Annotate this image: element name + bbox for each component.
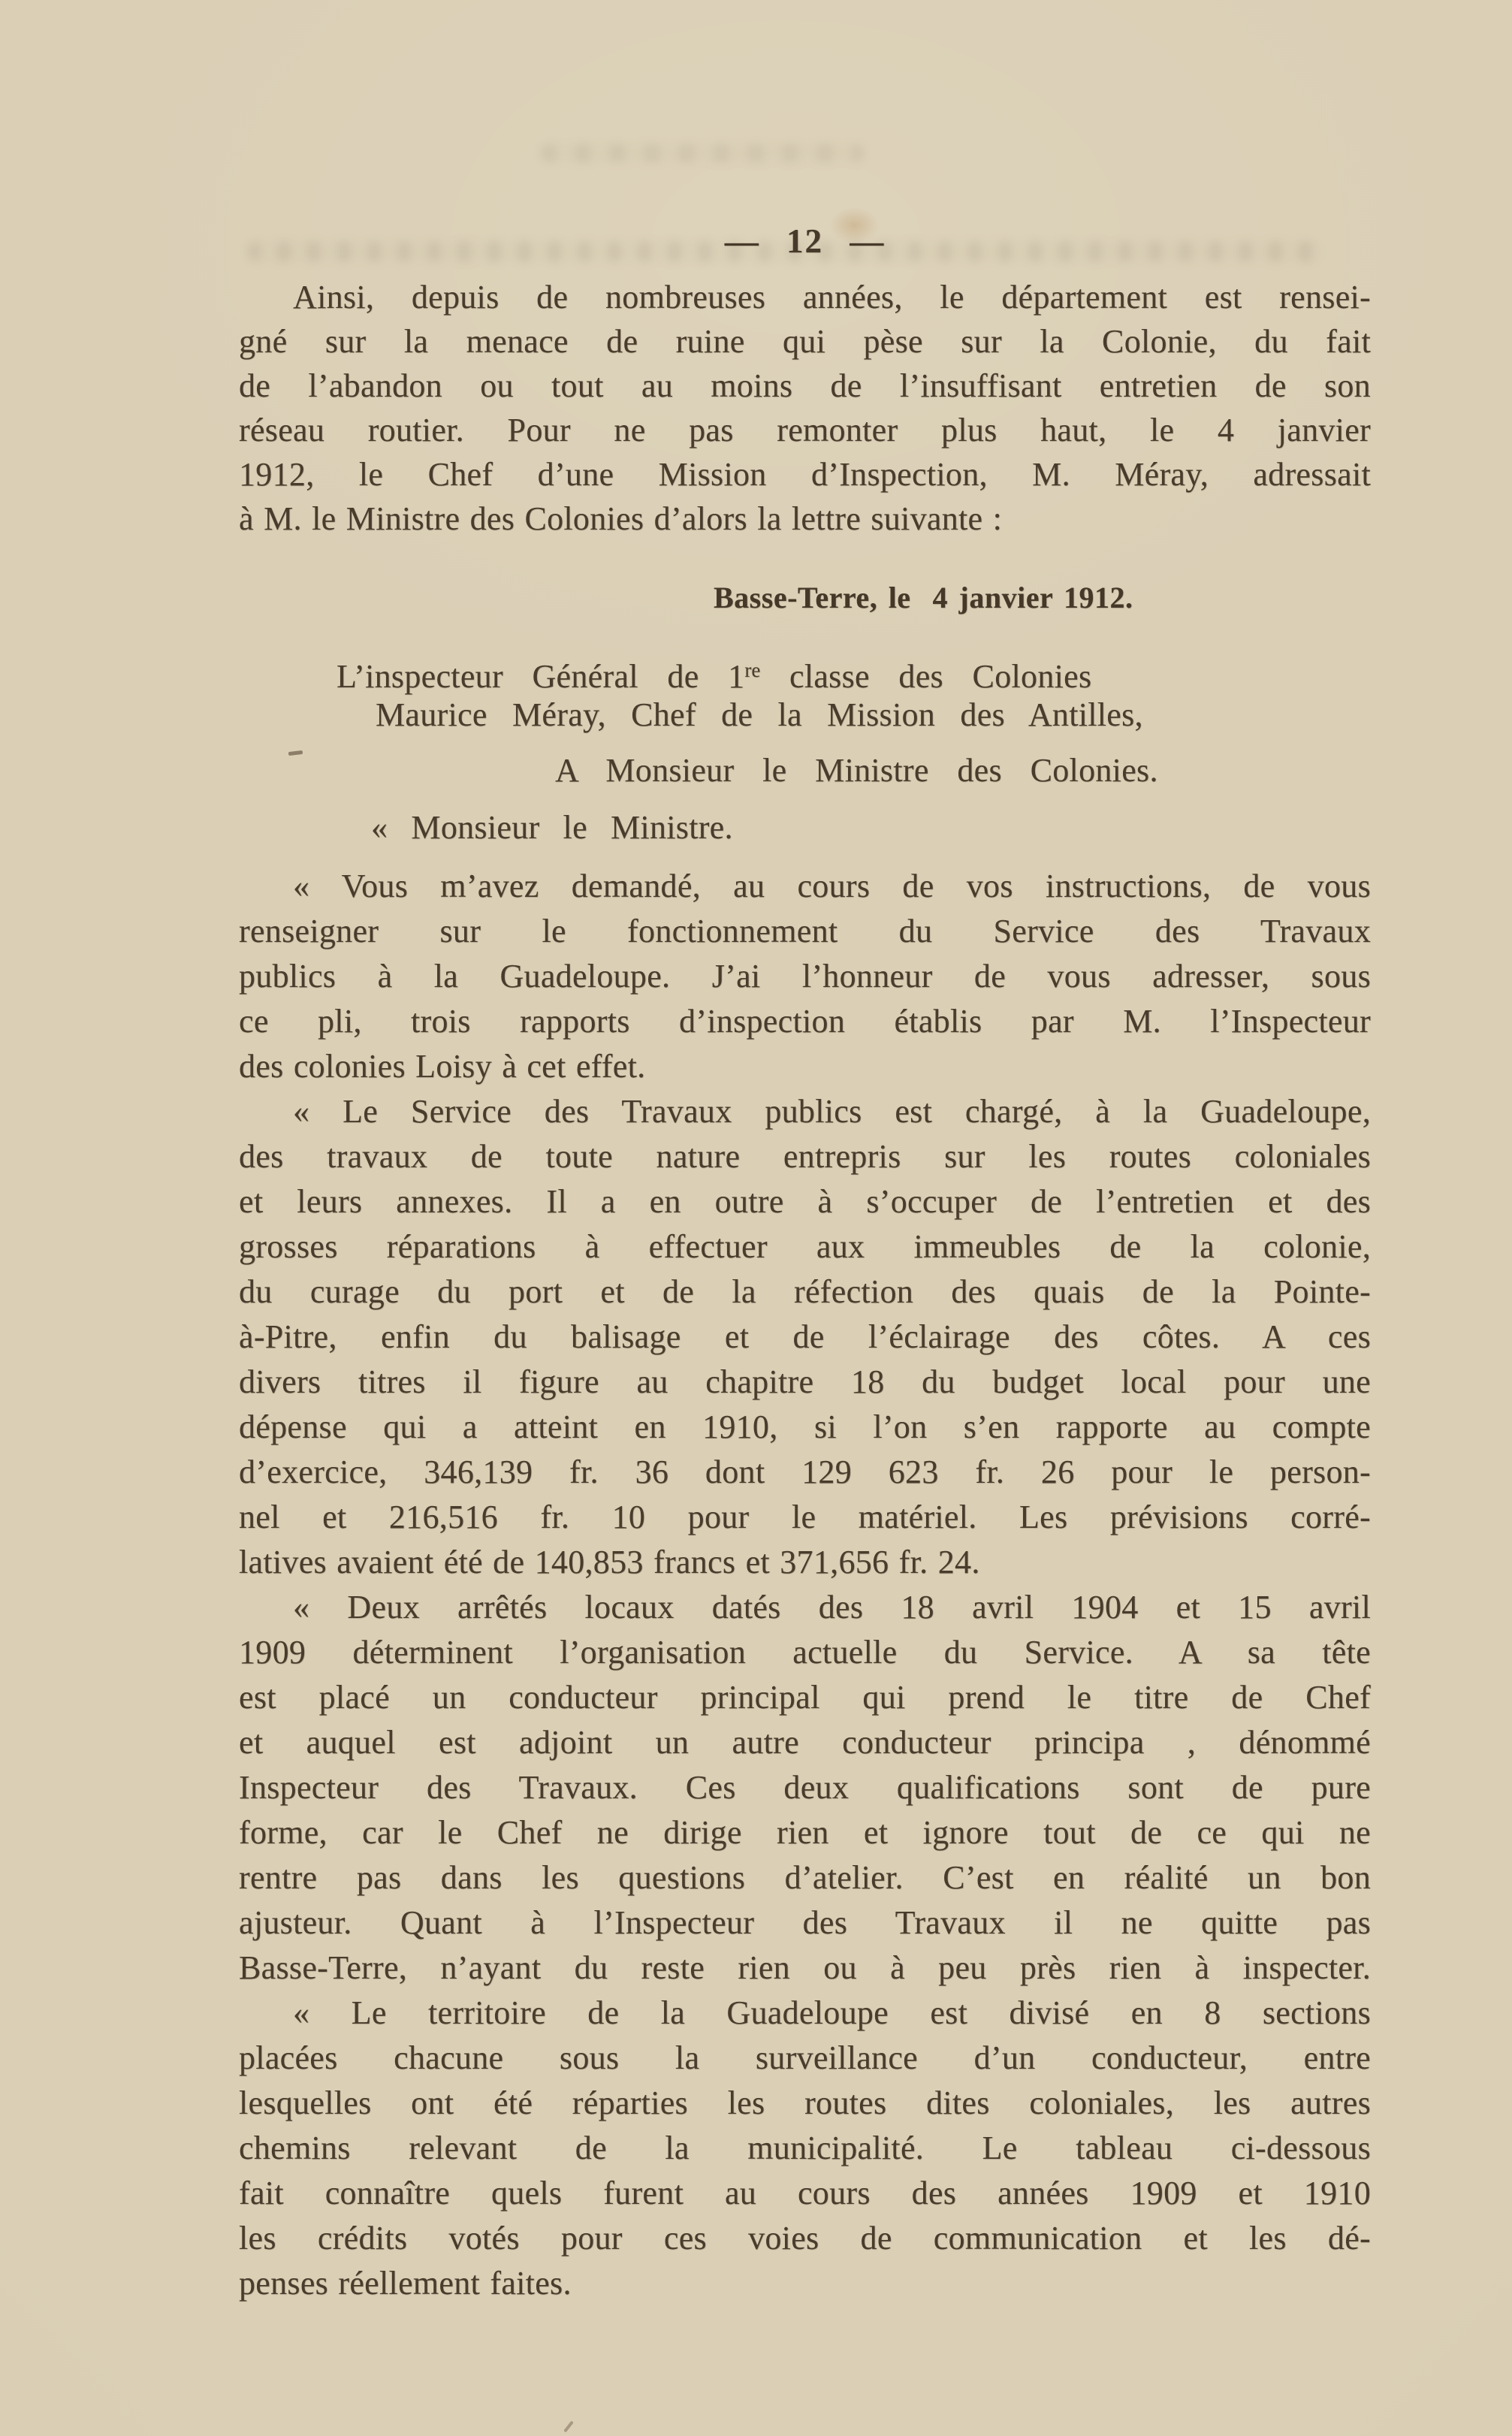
text-line: Basse-Terre, n’ayant du reste rien ou à … [239, 1945, 1371, 1991]
text-line: placées chacune sous la surveillance d’u… [239, 2036, 1371, 2081]
text-line: 1909 déterminent l’organisation actuelle… [239, 1630, 1371, 1675]
text-line: rentre pas dans les questions d’atelier.… [239, 1855, 1371, 1900]
text-line: penses réellement faites. [239, 2261, 1371, 2306]
scanned-document-page: { "page": { "header": "— 12 —", "paper_c… [0, 0, 1512, 2436]
text-line: publics à la Guadeloupe. J’ai l’honneur … [239, 954, 1371, 999]
letter-recipient: A Monsieur le Ministre des Colonies. [555, 748, 1371, 793]
intro-paragraph: Ainsi, depuis de nombreuses années, le d… [239, 275, 1371, 541]
text-line: lesquelles ont été réparties les routes … [239, 2081, 1371, 2126]
text-line: ajusteur. Quant à l’Inspecteur des Trava… [239, 1900, 1371, 1945]
text-line: « Le territoire de la Guadeloupe est div… [239, 1991, 1371, 2036]
page-number-header: — 12 — [239, 222, 1371, 261]
text-line: à M. le Ministre des Colonies d’alors la… [239, 497, 1371, 541]
text-line: et auquel est adjoint un autre conducteu… [239, 1720, 1371, 1765]
letter-sender-title: L’inspecteur Général de 1re classe des C… [337, 647, 1371, 693]
document-page: — 12 — Ainsi, depuis de nombreuses année… [0, 0, 1512, 2436]
letter-body: « Vous m’avez demandé, au cours de vos i… [239, 864, 1371, 2306]
text-line: des travaux de toute nature entrepris su… [239, 1134, 1371, 1179]
scan-speck [563, 2421, 574, 2433]
text-line: 1912, le Chef d’une Mission d’Inspection… [239, 452, 1371, 497]
text-line: Ainsi, depuis de nombreuses années, le d… [239, 275, 1371, 319]
text-line: renseigner sur le fonctionnement du Serv… [239, 909, 1371, 954]
text-line: latives avaient été de 140,853 francs et… [239, 1540, 1371, 1585]
text-line: « Vous m’avez demandé, au cours de vos i… [239, 864, 1371, 909]
text-line: du curage du port et de la réfection des… [239, 1269, 1371, 1315]
letter-salutation: « Monsieur le Ministre. [371, 805, 1371, 850]
paragraph-arretes-locaux: « Deux arrêtés locaux datés des 18 avril… [239, 1585, 1371, 1991]
letter-sender-name: Maurice Méray, Chef de la Mission des An… [376, 693, 1371, 738]
text-line: des colonies Loisy à cet effet. [239, 1044, 1371, 1089]
text-line: les crédits votés pour ces voies de comm… [239, 2216, 1371, 2261]
sender-title-text: L’inspecteur Général de 1 [337, 658, 744, 695]
text-line: grosses réparations à effectuer aux imme… [239, 1224, 1371, 1269]
text-line: « Deux arrêtés locaux datés des 18 avril… [239, 1585, 1371, 1630]
bleedthrough-smudge [541, 144, 864, 162]
paragraph-vous-demande: « Vous m’avez demandé, au cours de vos i… [239, 864, 1371, 1089]
ordinal-superscript: re [744, 659, 760, 681]
letter-heading: L’inspecteur Général de 1re classe des C… [239, 647, 1371, 850]
sender-title-rest: classe des Colonies [760, 658, 1091, 695]
letter-dateline: Basse-Terre, le 4 janvier 1912. [714, 580, 1133, 615]
text-line: est placé un conducteur principal qui pr… [239, 1675, 1371, 1720]
paragraph-territoire: « Le territoire de la Guadeloupe est div… [239, 1991, 1371, 2306]
text-line: fait connaître quels furent au cours des… [239, 2171, 1371, 2216]
text-line: ce pli, trois rapports d’inspection étab… [239, 999, 1371, 1044]
text-line: chemins relevant de la municipalité. Le … [239, 2126, 1371, 2171]
text-line: de l’abandon ou tout au moins de l’insuf… [239, 364, 1371, 408]
text-line: « Le Service des Travaux publics est cha… [239, 1089, 1371, 1134]
text-line: réseau routier. Pour ne pas remonter plu… [239, 408, 1371, 452]
text-line: dépense qui a atteint en 1910, si l’on s… [239, 1405, 1371, 1450]
paragraph-service-travaux: « Le Service des Travaux publics est cha… [239, 1089, 1371, 1585]
text-line: nel et 216,516 fr. 10 pour le matériel. … [239, 1495, 1371, 1540]
text-line: d’exercice, 346,139 fr. 36 dont 129 623 … [239, 1450, 1371, 1495]
text-line: divers titres il figure au chapitre 18 d… [239, 1360, 1371, 1405]
text-line: Inspecteur des Travaux. Ces deux qualifi… [239, 1765, 1371, 1810]
text-line: à-Pitre, enfin du balisage et de l’éclai… [239, 1315, 1371, 1360]
text-line: gné sur la menace de ruine qui pèse sur … [239, 319, 1371, 364]
text-line: forme, car le Chef ne dirige rien et ign… [239, 1810, 1371, 1855]
text-line: et leurs annexes. Il a en outre à s’occu… [239, 1179, 1371, 1224]
